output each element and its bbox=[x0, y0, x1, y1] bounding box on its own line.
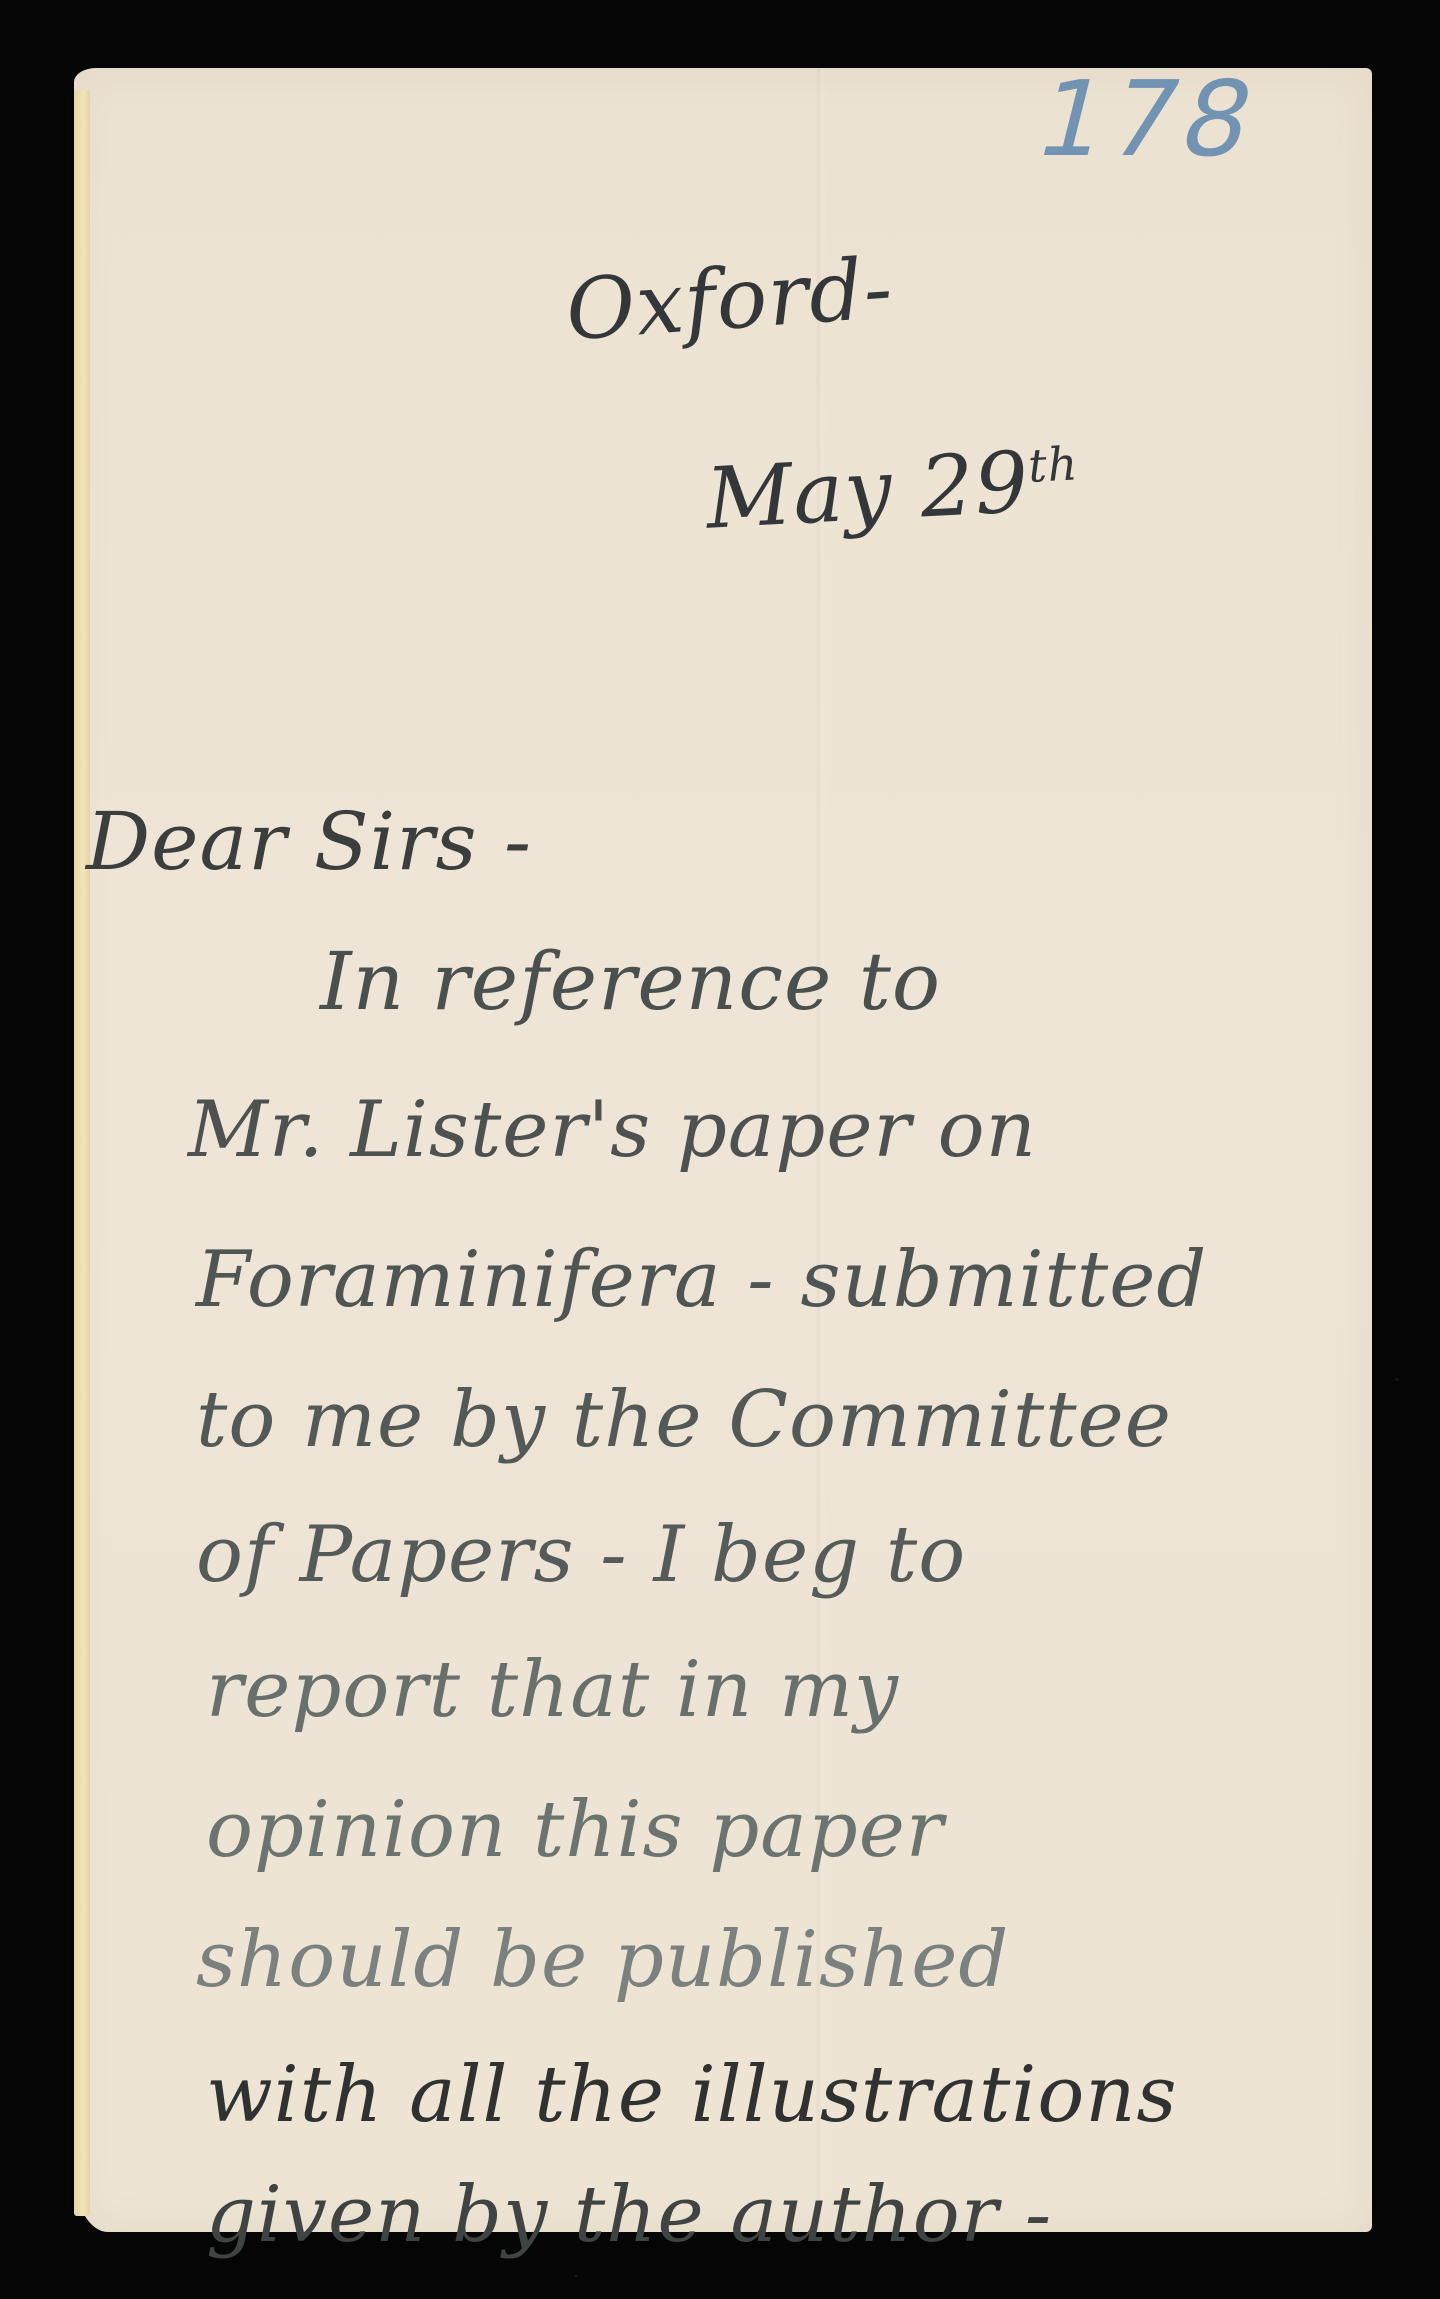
body-line: opinion this paper bbox=[206, 1785, 944, 1875]
body-line: In reference to bbox=[320, 935, 941, 1028]
body-line: given by the author - bbox=[206, 2170, 1052, 2260]
date-suffix: th bbox=[1027, 436, 1080, 493]
body-line: report that in my bbox=[206, 1645, 899, 1735]
body-line: with all the illustrations bbox=[206, 2050, 1178, 2140]
body-line: of Papers - I beg to bbox=[196, 1510, 966, 1600]
binding-strip bbox=[74, 90, 90, 2216]
body-line: should be published bbox=[196, 1915, 1009, 2005]
body-line: Foraminifera - submitted bbox=[196, 1235, 1207, 1325]
salutation: Dear Sirs - bbox=[86, 795, 532, 888]
folio-number: 178 bbox=[1025, 58, 1272, 180]
body-line: Mr. Lister's paper on bbox=[188, 1085, 1037, 1175]
body-line: to me by the Committee bbox=[196, 1375, 1172, 1465]
letter-date: May 29th bbox=[704, 430, 1082, 547]
date-main: May 29 bbox=[704, 433, 1032, 548]
